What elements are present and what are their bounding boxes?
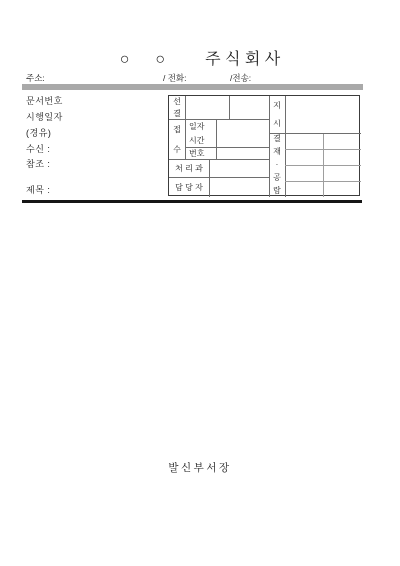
approval-table: 선결 접수 일자 시간 번호 처 리 과 담 당 자 지시 결재·공람 — [168, 95, 360, 196]
contact-line: 주소: / 전화: /전송: — [0, 72, 400, 84]
instruction-cell[interactable] — [286, 96, 361, 133]
approval-grid-cell[interactable] — [286, 133, 323, 149]
field-doc-number: 문서번호 — [26, 94, 63, 107]
title-circle-right: ○ — [155, 50, 165, 69]
address-label: 주소: — [26, 72, 45, 84]
field-recipient: 수신 : — [26, 142, 50, 155]
company-name: 주 식 회 사 — [205, 50, 280, 69]
person-in-charge-cell[interactable] — [210, 177, 269, 197]
label-person-in-charge: 담 당 자 — [169, 177, 209, 197]
field-issue-date: 시행일자 — [26, 110, 63, 123]
title-circle-left: ○ — [120, 50, 130, 69]
label-approval-circulation: 결재·공람 — [269, 133, 285, 197]
approval-grid-cell[interactable] — [324, 165, 361, 181]
label-receipt-number: 번호 — [185, 147, 216, 159]
fax-label: /전송: — [230, 72, 251, 84]
document-page: ○ ○ 주 식 회 사 주소: / 전화: /전송: 문서번호 시행일자 (경유… — [0, 0, 400, 566]
label-receipt-time: 시간 — [189, 135, 204, 146]
receipt-date-time-cell[interactable] — [217, 119, 269, 147]
field-via: (경유) — [26, 126, 51, 139]
prior-approval-cell-1[interactable] — [186, 96, 229, 119]
approval-grid-cell[interactable] — [324, 133, 361, 149]
approval-grid-cell[interactable] — [286, 165, 323, 181]
label-prior-approval: 선결 — [169, 96, 185, 119]
subject-divider-rule — [22, 200, 362, 203]
prior-approval-cell-2[interactable] — [230, 96, 269, 119]
field-subject: 제목 : — [26, 183, 50, 196]
field-reference: 참조 : — [26, 157, 50, 170]
sender-title: 발신부서장 — [0, 460, 400, 475]
receipt-number-cell[interactable] — [217, 147, 269, 159]
label-receipt: 접수 — [169, 119, 185, 159]
approval-grid-cell[interactable] — [324, 149, 361, 165]
company-title: ○ ○ 주 식 회 사 — [0, 50, 400, 69]
label-receipt-date-time: 일자 시간 — [185, 119, 216, 147]
handling-dept-cell[interactable] — [210, 159, 269, 177]
approval-grid-cell[interactable] — [286, 149, 323, 165]
label-instruction: 지시 — [269, 96, 285, 133]
phone-label: / 전화: — [163, 72, 187, 84]
header-divider-bar — [22, 84, 363, 90]
label-handling-dept: 처 리 과 — [169, 159, 209, 177]
approval-grid-cell[interactable] — [286, 181, 323, 197]
label-receipt-date: 일자 — [189, 121, 204, 132]
approval-grid-cell[interactable] — [324, 181, 361, 197]
